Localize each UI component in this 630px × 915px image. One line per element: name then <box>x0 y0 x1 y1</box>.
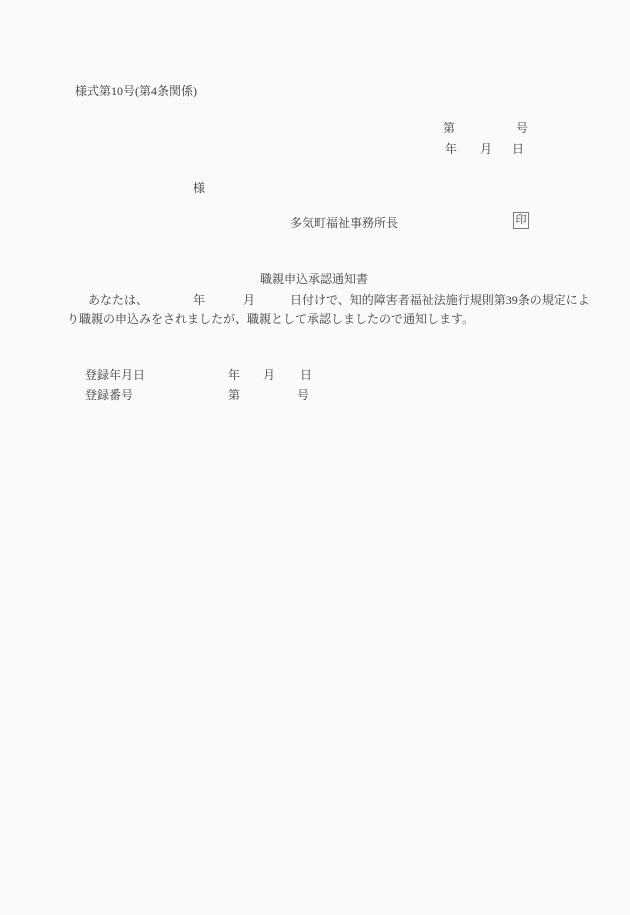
registration-date-day-label: 日 <box>300 368 312 382</box>
document-title: 職親申込承認通知書 <box>260 272 368 286</box>
body-line1-tail: 日付けで、知的障害者福祉法施行規則第39条の規定によ <box>290 293 590 307</box>
body-line2: り職親の申込みをされましたが、職親として承認しましたので通知します。 <box>67 312 474 326</box>
issue-date-month-label: 月 <box>480 142 492 156</box>
body-line1-month-label: 月 <box>243 293 255 307</box>
document-page: 様式第10号(第4条関係) 第 号 年 月 日 様 多気町福祉事務所長 印 職親… <box>0 0 630 915</box>
body-line1-lead: あなたは、 <box>88 293 148 307</box>
seal-stamp-box: 印 <box>513 212 529 229</box>
addressee-honorific: 様 <box>193 181 205 195</box>
doc-number-suffix: 号 <box>516 121 528 135</box>
doc-number-prefix: 第 <box>443 121 455 135</box>
seal-character: 印 <box>516 215 527 226</box>
registration-number-prefix: 第 <box>228 388 240 402</box>
registration-date-label: 登録年月日 <box>85 368 145 382</box>
form-number: 様式第10号(第4条関係) <box>75 84 197 98</box>
registration-date-month-label: 月 <box>263 368 275 382</box>
body-line1-year-label: 年 <box>193 293 205 307</box>
issuer-title: 多気町福祉事務所長 <box>290 216 398 230</box>
registration-number-suffix: 号 <box>297 388 309 402</box>
issue-date-day-label: 日 <box>512 142 524 156</box>
registration-date-year-label: 年 <box>228 368 240 382</box>
registration-number-label: 登録番号 <box>85 388 133 402</box>
issue-date-year-label: 年 <box>445 142 457 156</box>
